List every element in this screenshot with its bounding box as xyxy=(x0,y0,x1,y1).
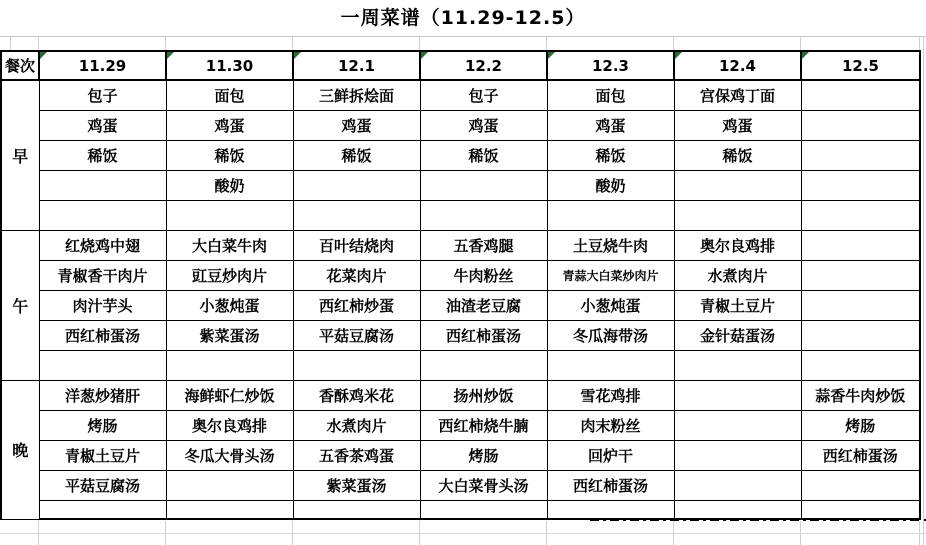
menu-cell[interactable]: 冬瓜大骨头汤 xyxy=(166,441,293,471)
menu-cell[interactable] xyxy=(420,171,547,201)
menu-cell[interactable]: 平菇豆腐汤 xyxy=(39,471,166,501)
gridline-vertical xyxy=(800,36,801,50)
menu-cell[interactable]: 稀饭 xyxy=(674,141,801,171)
menu-cell[interactable]: 三鲜拆烩面 xyxy=(293,80,420,111)
menu-cell[interactable]: 水煮肉片 xyxy=(674,261,801,291)
menu-cell[interactable]: 青蒜大白菜炒肉片 xyxy=(547,261,674,291)
spreadsheet-screenshot: 一周菜谱（11.29-12.5） 餐次11.2911.3012.112.212.… xyxy=(0,0,926,545)
cell-comment-triangle-icon xyxy=(294,52,301,59)
menu-cell[interactable] xyxy=(39,501,166,520)
menu-cell[interactable] xyxy=(39,201,166,231)
menu-table-body: 早包子面包三鲜拆烩面包子面包宫保鸡丁面鸡蛋鸡蛋鸡蛋鸡蛋鸡蛋鸡蛋稀饭稀饭稀饭稀饭稀… xyxy=(1,80,920,519)
menu-cell[interactable]: 小葱炖蛋 xyxy=(547,291,674,321)
menu-cell[interactable]: 西红柿蛋汤 xyxy=(39,321,166,351)
menu-cell[interactable]: 稀饭 xyxy=(420,141,547,171)
menu-cell[interactable] xyxy=(674,201,801,231)
menu-cell[interactable]: 扬州炒饭 xyxy=(420,381,547,411)
menu-cell[interactable] xyxy=(420,351,547,381)
menu-cell[interactable]: 酸奶 xyxy=(166,171,293,201)
header-date-label: 12.4 xyxy=(719,57,756,75)
menu-cell[interactable]: 肉汁芋头 xyxy=(39,291,166,321)
header-cell-date[interactable]: 12.5 xyxy=(801,51,920,80)
menu-cell[interactable]: 鸡蛋 xyxy=(547,111,674,141)
cell-comment-triangle-icon xyxy=(548,52,555,59)
menu-cell[interactable] xyxy=(801,201,920,231)
menu-cell[interactable] xyxy=(674,501,801,520)
page-break-dashed-line xyxy=(590,519,926,521)
menu-cell[interactable] xyxy=(801,291,920,321)
menu-cell[interactable]: 青椒土豆片 xyxy=(39,441,166,471)
menu-cell[interactable] xyxy=(674,381,801,411)
header-cell-mealtime[interactable]: 餐次 xyxy=(1,51,39,80)
menu-cell[interactable]: 豇豆炒肉片 xyxy=(166,261,293,291)
menu-cell[interactable]: 西红柿蛋汤 xyxy=(420,321,547,351)
grid-row-above-table xyxy=(0,36,926,51)
table-row: 早包子面包三鲜拆烩面包子面包宫保鸡丁面 xyxy=(1,80,920,111)
menu-cell[interactable] xyxy=(293,201,420,231)
menu-cell[interactable] xyxy=(674,351,801,381)
menu-cell[interactable]: 牛肉粉丝 xyxy=(420,261,547,291)
menu-cell[interactable]: 西红柿蛋汤 xyxy=(547,471,674,501)
menu-cell[interactable]: 青椒土豆片 xyxy=(674,291,801,321)
menu-cell[interactable] xyxy=(166,351,293,381)
menu-cell[interactable] xyxy=(166,471,293,501)
menu-cell[interactable] xyxy=(293,351,420,381)
menu-cell[interactable]: 包子 xyxy=(39,80,166,111)
menu-cell[interactable]: 土豆烧牛肉 xyxy=(547,231,674,261)
table-row: 平菇豆腐汤紫菜蛋汤大白菜骨头汤西红柿蛋汤 xyxy=(1,471,920,501)
menu-cell[interactable] xyxy=(39,171,166,201)
gridline-vertical xyxy=(546,36,547,50)
menu-cell[interactable] xyxy=(166,201,293,231)
menu-cell[interactable]: 奥尔良鸡排 xyxy=(166,411,293,441)
menu-cell[interactable]: 冬瓜海带汤 xyxy=(547,321,674,351)
table-row: 烤肠奥尔良鸡排水煮肉片西红柿烧牛腩肉末粉丝烤肠 xyxy=(1,411,920,441)
menu-cell[interactable]: 百叶结烧肉 xyxy=(293,231,420,261)
menu-cell[interactable]: 香酥鸡米花 xyxy=(293,381,420,411)
header-date-label: 11.29 xyxy=(79,57,126,75)
header-cell-date[interactable]: 11.30 xyxy=(166,51,293,80)
menu-cell[interactable]: 酸奶 xyxy=(547,171,674,201)
menu-cell[interactable] xyxy=(801,321,920,351)
header-cell-date[interactable]: 12.3 xyxy=(547,51,674,80)
table-row: 青椒香干肉片豇豆炒肉片花菜肉片牛肉粉丝青蒜大白菜炒肉片水煮肉片 xyxy=(1,261,920,291)
header-cell-date[interactable]: 12.4 xyxy=(674,51,801,80)
menu-cell[interactable]: 金针菇蛋汤 xyxy=(674,321,801,351)
cell-comment-triangle-icon xyxy=(40,52,47,59)
menu-cell[interactable]: 烤肠 xyxy=(801,411,920,441)
menu-cell[interactable]: 回炉干 xyxy=(547,441,674,471)
menu-cell[interactable] xyxy=(547,201,674,231)
menu-cell[interactable]: 海鲜虾仁炒饭 xyxy=(166,381,293,411)
table-row: 鸡蛋鸡蛋鸡蛋鸡蛋鸡蛋鸡蛋 xyxy=(1,111,920,141)
cell-comment-triangle-icon xyxy=(802,52,809,59)
menu-cell[interactable] xyxy=(801,471,920,501)
cell-comment-triangle-icon xyxy=(167,52,174,59)
menu-cell[interactable]: 油渣老豆腐 xyxy=(420,291,547,321)
menu-cell[interactable]: 蒜香牛肉炒饭 xyxy=(801,381,920,411)
gridline-vertical xyxy=(923,36,924,545)
menu-table: 餐次11.2911.3012.112.212.312.412.5 早包子面包三鲜… xyxy=(0,50,921,520)
header-date-label: 12.5 xyxy=(842,57,879,75)
menu-cell[interactable]: 水煮肉片 xyxy=(293,411,420,441)
gridline-vertical xyxy=(919,36,920,50)
table-row xyxy=(1,501,920,520)
menu-cell[interactable]: 平菇豆腐汤 xyxy=(293,321,420,351)
header-date-label: 12.2 xyxy=(465,57,502,75)
header-row: 餐次11.2911.3012.112.212.312.412.5 xyxy=(1,51,920,80)
menu-cell[interactable] xyxy=(293,501,420,520)
menu-cell[interactable] xyxy=(801,141,920,171)
menu-cell[interactable] xyxy=(801,171,920,201)
menu-cell[interactable]: 鸡蛋 xyxy=(420,111,547,141)
table-row xyxy=(1,201,920,231)
menu-cell[interactable]: 宫保鸡丁面 xyxy=(674,80,801,111)
table-row xyxy=(1,351,920,381)
gridline-vertical xyxy=(292,36,293,50)
menu-cell[interactable]: 稀饭 xyxy=(39,141,166,171)
menu-cell[interactable] xyxy=(801,351,920,381)
header-date-label: 12.3 xyxy=(592,57,629,75)
menu-cell[interactable] xyxy=(801,231,920,261)
header-date-label: 11.30 xyxy=(206,57,253,75)
menu-cell[interactable] xyxy=(674,471,801,501)
menu-cell[interactable] xyxy=(801,111,920,141)
menu-cell[interactable]: 小葱炖蛋 xyxy=(166,291,293,321)
menu-cell[interactable]: 大白菜骨头汤 xyxy=(420,471,547,501)
menu-cell[interactable]: 紫菜蛋汤 xyxy=(166,321,293,351)
menu-cell[interactable]: 大白菜牛肉 xyxy=(166,231,293,261)
menu-cell[interactable] xyxy=(39,351,166,381)
menu-cell[interactable]: 鸡蛋 xyxy=(293,111,420,141)
menu-cell[interactable]: 五香茶鸡蛋 xyxy=(293,441,420,471)
header-cell-date[interactable]: 12.2 xyxy=(420,51,547,80)
header-date-label: 12.1 xyxy=(338,57,375,75)
menu-cell[interactable]: 稀饭 xyxy=(293,141,420,171)
cell-comment-triangle-icon xyxy=(421,52,428,59)
header-cell-date[interactable]: 11.29 xyxy=(39,51,166,80)
menu-cell[interactable]: 雪花鸡排 xyxy=(547,381,674,411)
cell-comment-triangle-icon xyxy=(675,52,682,59)
table-row: 晚洋葱炒猪肝海鲜虾仁炒饭香酥鸡米花扬州炒饭雪花鸡排蒜香牛肉炒饭 xyxy=(1,381,920,411)
gridline-vertical xyxy=(419,36,420,50)
menu-cell[interactable] xyxy=(420,501,547,520)
menu-cell[interactable]: 红烧鸡中翅 xyxy=(39,231,166,261)
gridline-horizontal xyxy=(0,533,926,534)
table-row: 酸奶酸奶 xyxy=(1,171,920,201)
menu-cell[interactable]: 面包 xyxy=(547,80,674,111)
table-row: 西红柿蛋汤紫菜蛋汤平菇豆腐汤西红柿蛋汤冬瓜海带汤金针菇蛋汤 xyxy=(1,321,920,351)
menu-cell[interactable] xyxy=(547,351,674,381)
gridline-vertical xyxy=(10,36,11,50)
menu-cell[interactable] xyxy=(801,80,920,111)
menu-cell[interactable] xyxy=(547,501,674,520)
menu-cell[interactable] xyxy=(293,171,420,201)
menu-cell[interactable]: 青椒香干肉片 xyxy=(39,261,166,291)
menu-cell[interactable]: 鸡蛋 xyxy=(166,111,293,141)
table-row: 肉汁芋头小葱炖蛋西红柿炒蛋油渣老豆腐小葱炖蛋青椒土豆片 xyxy=(1,291,920,321)
menu-cell[interactable]: 花菜肉片 xyxy=(293,261,420,291)
menu-cell[interactable]: 肉末粉丝 xyxy=(547,411,674,441)
menu-cell[interactable] xyxy=(166,501,293,520)
section-label-cell[interactable]: 早 xyxy=(1,80,39,231)
section-label-cell[interactable]: 午 xyxy=(1,231,39,381)
table-row: 青椒土豆片冬瓜大骨头汤五香茶鸡蛋烤肠回炉干西红柿蛋汤 xyxy=(1,441,920,471)
menu-cell[interactable]: 西红柿炒蛋 xyxy=(293,291,420,321)
menu-cell[interactable]: 五香鸡腿 xyxy=(420,231,547,261)
menu-cell[interactable]: 西红柿烧牛腩 xyxy=(420,411,547,441)
menu-cell[interactable]: 稀饭 xyxy=(166,141,293,171)
menu-table-head: 餐次11.2911.3012.112.212.312.412.5 xyxy=(1,51,920,80)
page-title: 一周菜谱（11.29-12.5） xyxy=(0,3,926,30)
table-row: 午红烧鸡中翅大白菜牛肉百叶结烧肉五香鸡腿土豆烧牛肉奥尔良鸡排 xyxy=(1,231,920,261)
gridline-vertical xyxy=(673,36,674,50)
menu-cell[interactable] xyxy=(674,411,801,441)
menu-cell[interactable]: 稀饭 xyxy=(547,141,674,171)
menu-cell[interactable]: 烤肠 xyxy=(39,411,166,441)
menu-cell[interactable] xyxy=(420,201,547,231)
menu-cell[interactable]: 西红柿蛋汤 xyxy=(801,441,920,471)
menu-cell[interactable] xyxy=(801,501,920,520)
gridline-vertical xyxy=(165,36,166,50)
menu-cell[interactable]: 紫菜蛋汤 xyxy=(293,471,420,501)
menu-cell[interactable] xyxy=(674,441,801,471)
menu-cell[interactable]: 面包 xyxy=(166,80,293,111)
section-label-cell[interactable]: 晚 xyxy=(1,381,39,520)
menu-cell[interactable]: 包子 xyxy=(420,80,547,111)
menu-cell[interactable] xyxy=(801,261,920,291)
header-cell-date[interactable]: 12.1 xyxy=(293,51,420,80)
gridline-vertical xyxy=(38,36,39,50)
menu-cell[interactable]: 洋葱炒猪肝 xyxy=(39,381,166,411)
table-row: 稀饭稀饭稀饭稀饭稀饭稀饭 xyxy=(1,141,920,171)
menu-cell[interactable] xyxy=(674,171,801,201)
menu-cell[interactable]: 鸡蛋 xyxy=(674,111,801,141)
menu-cell[interactable]: 奥尔良鸡排 xyxy=(674,231,801,261)
menu-cell[interactable]: 烤肠 xyxy=(420,441,547,471)
menu-cell[interactable]: 鸡蛋 xyxy=(39,111,166,141)
